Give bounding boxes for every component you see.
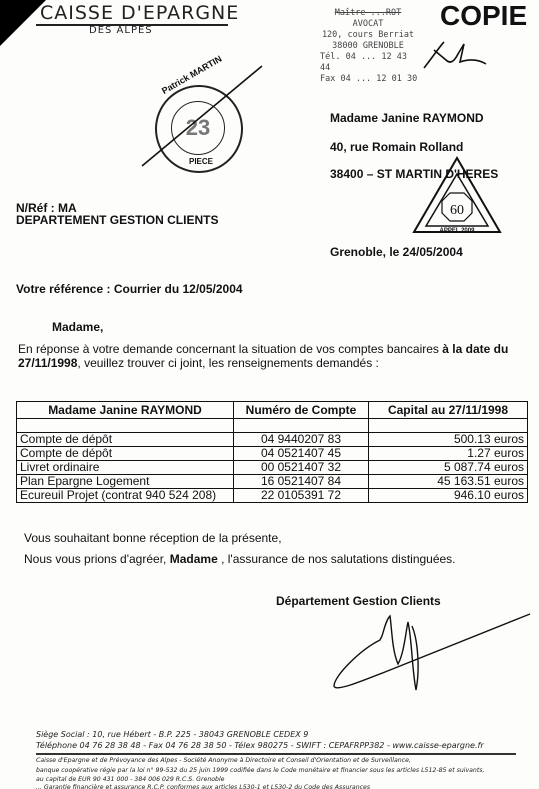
lawyer-city: 38000 GRENOBLE bbox=[318, 41, 418, 52]
account-type: Plan Epargne Logement bbox=[17, 475, 234, 489]
account-capital bbox=[369, 419, 528, 433]
footer-legal-2: banque coopérative régie par la loi n° 9… bbox=[36, 767, 484, 774]
account-type bbox=[17, 419, 234, 433]
department-name: DEPARTEMENT GESTION CLIENTS bbox=[16, 213, 218, 227]
footer-legal-3: au capital de EUR 90 431 000 - 384 006 0… bbox=[36, 776, 224, 783]
account-capital: 5 087.74 euros bbox=[369, 461, 528, 475]
lawyer-name: Maître ...ROT bbox=[318, 8, 418, 19]
table-row: Plan Epargne Logement 16 0521407 84 45 1… bbox=[17, 475, 528, 489]
footer-legal-1: Caisse d'Epargne et de Prévoyance des Al… bbox=[36, 757, 411, 764]
table-row bbox=[17, 419, 528, 433]
place-date: Grenoble, le 24/05/2004 bbox=[330, 245, 463, 259]
table-row: Compte de dépôt 04 0521407 45 1.27 euros bbox=[17, 447, 528, 461]
account-capital: 45 163.51 euros bbox=[369, 475, 528, 489]
closing-line-2: Nous vous prions d'agréer, Madame , l'as… bbox=[24, 552, 456, 566]
signature-department: Département Gestion Clients bbox=[276, 594, 441, 608]
table-row: Compte de dépôt 04 9440207 83 500.13 eur… bbox=[17, 433, 528, 447]
lawyer-tel: Tél. 04 ... 12 43 44 bbox=[318, 52, 418, 74]
closing-text: Nous vous prions d'agréer, bbox=[24, 552, 170, 566]
account-number: 00 0521407 32 bbox=[234, 461, 369, 475]
lawyer-stamp: Maître ...ROT AVOCAT 120, cours Berriat … bbox=[318, 8, 418, 85]
header-capital: Capital au 27/11/1998 bbox=[369, 402, 528, 419]
svg-text:APPEL 2009: APPEL 2009 bbox=[440, 228, 476, 234]
intro-end: , veuillez trouver ci joint, les renseig… bbox=[77, 356, 378, 370]
account-type: Livret ordinaire bbox=[17, 461, 234, 475]
handwritten-signature-icon bbox=[320, 610, 539, 700]
closing-addressee: Madame bbox=[170, 552, 218, 566]
footer-legal-4: ... Garantie financière et assurance R.C… bbox=[36, 784, 370, 789]
table-row: Ecureuil Projet (contrat 940 524 208) 22… bbox=[17, 489, 528, 503]
table-row: Livret ordinaire 00 0521407 32 5 087.74 … bbox=[17, 461, 528, 475]
svg-text:60: 60 bbox=[450, 203, 464, 218]
recipient-street: 40, rue Romain Rolland bbox=[330, 140, 463, 154]
appeal-triangle-stamp-icon: 60 APPEL 2009 bbox=[412, 156, 502, 236]
account-number: 04 9440207 83 bbox=[234, 433, 369, 447]
lawyer-fax: Fax 04 ... 12 01 30 bbox=[318, 74, 418, 85]
copy-stamp: COPIE bbox=[440, 0, 527, 32]
account-type: Compte de dépôt bbox=[17, 433, 234, 447]
table-header-row: Madame Janine RAYMOND Numéro de Compte C… bbox=[17, 402, 528, 419]
salutation: Madame, bbox=[52, 320, 103, 334]
account-capital: 500.13 euros bbox=[369, 433, 528, 447]
recipient-name: Madame Janine RAYMOND bbox=[330, 111, 484, 125]
lawyer-street: 120, cours Berriat bbox=[318, 30, 418, 41]
account-number: 16 0521407 84 bbox=[234, 475, 369, 489]
header-account-number: Numéro de Compte bbox=[234, 402, 369, 419]
account-type: Ecureuil Projet (contrat 940 524 208) bbox=[17, 489, 234, 503]
intro-text: En réponse à votre demande concernant la… bbox=[18, 342, 442, 356]
lawyer-title: AVOCAT bbox=[318, 19, 418, 30]
your-reference: Votre référence : Courrier du 12/05/2004 bbox=[16, 282, 243, 296]
closing-end: , l'assurance de nos salutations disting… bbox=[218, 552, 456, 566]
stamp-strike-line-icon bbox=[138, 62, 268, 172]
header-account-holder: Madame Janine RAYMOND bbox=[17, 402, 234, 419]
closing-line-1: Vous souhaitant bonne réception de la pr… bbox=[24, 531, 282, 545]
footer-rule bbox=[36, 753, 516, 755]
account-number bbox=[234, 419, 369, 433]
account-type: Compte de dépôt bbox=[17, 447, 234, 461]
accounts-table: Madame Janine RAYMOND Numéro de Compte C… bbox=[16, 401, 528, 503]
account-number: 22 0105391 72 bbox=[234, 489, 369, 503]
intro-paragraph: En réponse à votre demande concernant la… bbox=[18, 342, 528, 370]
account-number: 04 0521407 45 bbox=[234, 447, 369, 461]
footer-head-office: Siège Social : 10, rue Hébert - B.P. 225… bbox=[36, 730, 308, 739]
bank-logo-name: CAISSE D'EPARGNE bbox=[40, 2, 239, 24]
account-capital: 1.27 euros bbox=[369, 447, 528, 461]
bank-logo-region: DES ALPES bbox=[89, 25, 153, 36]
initials-signature-icon bbox=[420, 38, 490, 72]
footer-contact: Téléphone 04 76 28 38 48 - Fax 04 76 28 … bbox=[36, 741, 484, 750]
account-capital: 946.10 euros bbox=[369, 489, 528, 503]
